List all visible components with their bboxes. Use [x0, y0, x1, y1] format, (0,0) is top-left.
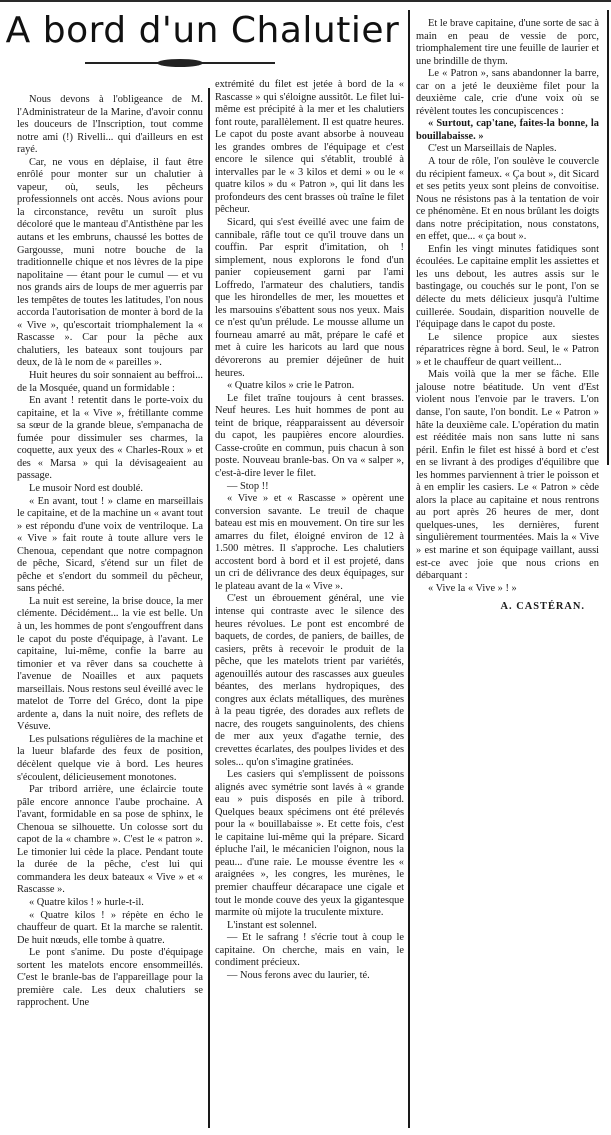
paragraph: Le silence propice aux siestes réparatri… [416, 332, 599, 370]
paragraph: Mais voilà que la mer se fâche. Elle jal… [416, 369, 599, 582]
paragraph: Les pulsations régulières de la machine … [17, 734, 203, 784]
paragraph: — Stop !! [215, 481, 404, 494]
article-column-2: extrémité du filet est jetée à bord de l… [215, 79, 404, 982]
paragraph: « Vive » et « Rascasse » opèrent une con… [215, 493, 404, 593]
top-border-rule [0, 0, 611, 2]
paragraph: « Vive la « Vive » ! » [416, 583, 599, 596]
paragraph: Le pont s'anime. Du poste d'équipage sor… [17, 947, 203, 1010]
paragraph: Sicard, qui s'est éveillé avec une faim … [215, 217, 404, 380]
paragraph: Nous devons à l'obligeance de M. l'Admin… [17, 94, 203, 157]
paragraph: extrémité du filet est jetée à bord de l… [215, 79, 404, 217]
paragraph: A tour de rôle, l'on soulève le couvercl… [416, 156, 599, 244]
article-column-3: Et le brave capitaine, d'une sorte de sa… [416, 18, 599, 614]
author-signature: A. CASTÉRAN. [416, 601, 599, 614]
column-divider-1 [208, 88, 210, 1128]
paragraph: Et le brave capitaine, d'une sorte de sa… [416, 18, 599, 68]
ornament-center [157, 59, 203, 67]
article-column-1: Nous devons à l'obligeance de M. l'Admin… [17, 94, 203, 1010]
title-ornament-divider [85, 59, 275, 67]
paragraph: « En avant, tout ! » clame en marseillai… [17, 496, 203, 596]
paragraph: — Et le safrang ! s'écrie tout à coup le… [215, 932, 404, 970]
paragraph: L'instant est solennel. [215, 920, 404, 933]
paragraph: En avant ! retentit dans le porte-voix d… [17, 395, 203, 483]
paragraph: Le musoir Nord est doublé. [17, 483, 203, 496]
paragraph: Car, ne vous en déplaise, il faut être e… [17, 157, 203, 370]
column-divider-2 [408, 10, 410, 1128]
paragraph: Le filet traîne toujours à cent brasses.… [215, 393, 404, 481]
paragraph: C'est un Marseillais de Naples. [416, 143, 599, 156]
paragraph: « Quatre kilos » crie le Patron. [215, 380, 404, 393]
paragraph: « Quatre kilos ! » répète en écho le cha… [17, 910, 203, 948]
paragraph: — Nous ferons avec du laurier, té. [215, 970, 404, 983]
paragraph: Par tribord arrière, une éclaircie toute… [17, 784, 203, 897]
paragraph: Enfin les vingt minutes fatidiques sont … [416, 244, 599, 332]
paragraph: « Quatre kilos ! » hurle-t-il. [17, 897, 203, 910]
paragraph: Huit heures du soir sonnaient au beffroi… [17, 370, 203, 395]
column-divider-3 [607, 10, 609, 465]
paragraph: « Surtout, cap'tane, faites-la bonne, la… [416, 118, 599, 143]
paragraph: Le « Patron », sans abandonner la barre,… [416, 68, 599, 118]
paragraph: Les casiers qui s'emplissent de poissons… [215, 769, 404, 920]
paragraph: La nuit est sereine, la brise douce, la … [17, 596, 203, 734]
article-title: A bord d'un Chalutier [0, 10, 405, 51]
paragraph: C'est un ébrouement général, une vie int… [215, 593, 404, 769]
